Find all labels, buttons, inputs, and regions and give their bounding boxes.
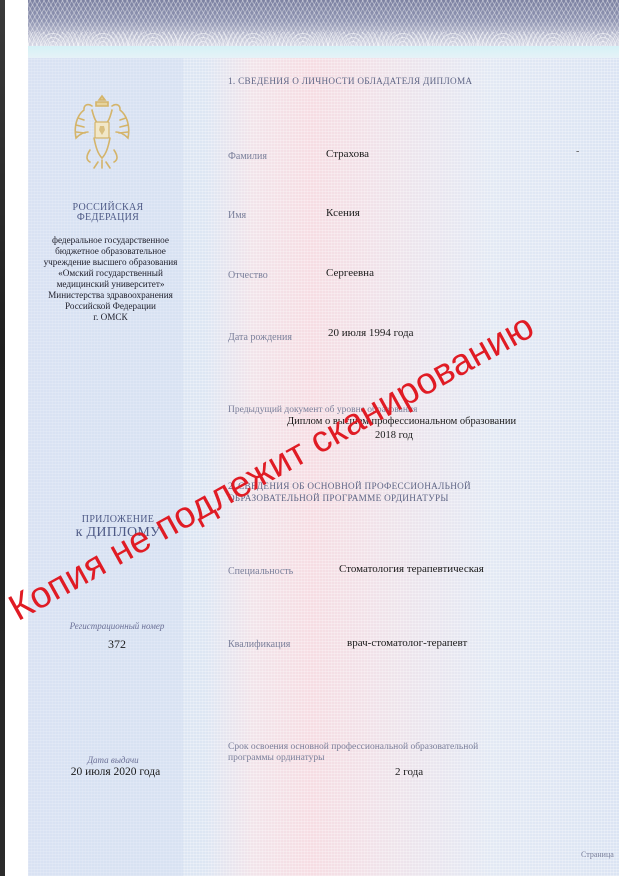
duration-label-line1: Срок освоения основной профессиональной … xyxy=(228,742,478,752)
scan-speck: - xyxy=(576,146,579,157)
institution-line: Министерства здравоохранения xyxy=(28,290,193,301)
institution-line: медицинский университет» xyxy=(28,279,193,290)
issue-date: 20 июля 2020 года xyxy=(58,766,173,778)
reg-number: 372 xyxy=(102,637,132,652)
reg-number-label: Регистрационный номер xyxy=(62,621,172,631)
surname-value: Страхова xyxy=(326,148,369,160)
qualification-label: Квалификация xyxy=(228,639,290,650)
birth-date-value: 20 июля 1994 года xyxy=(328,327,414,339)
left-panel-background xyxy=(28,58,183,876)
security-strip xyxy=(28,46,619,58)
name-label: Имя xyxy=(228,210,246,221)
birth-date-label: Дата рождения xyxy=(228,332,292,343)
patronymic-label: Отчество xyxy=(228,270,268,281)
duration-label-line2: программы ординатуры xyxy=(228,753,324,763)
patronymic-value: Сергеевна xyxy=(326,267,374,279)
institution-line: федеральное государственное xyxy=(28,235,193,246)
issue-date-label: Дата выдачи xyxy=(68,755,158,765)
section1-title: 1. СВЕДЕНИЯ О ЛИЧНОСТИ ОБЛАДАТЕЛЯ ДИПЛОМ… xyxy=(228,76,472,86)
institution-line: «Омский государственный xyxy=(28,268,193,279)
institution-line: бюджетное образовательное xyxy=(28,246,193,257)
institution-line: г. ОМСК xyxy=(28,312,193,323)
coat-of-arms-icon xyxy=(70,92,134,172)
prev-doc-year: 2018 год xyxy=(375,430,413,441)
country-name-line2: ФЕДЕРАЦИЯ xyxy=(58,212,158,223)
name-value: Ксения xyxy=(326,207,360,219)
duration-value: 2 года xyxy=(395,766,423,778)
specialty-label: Специальность xyxy=(228,566,293,577)
institution-line: учреждение высшего образования xyxy=(28,257,193,268)
institution-line: Российской Федерации xyxy=(28,301,193,312)
specialty-value: Стоматология терапевтическая xyxy=(339,563,484,575)
qualification-value: врач-стоматолог-терапевт xyxy=(347,637,467,649)
surname-label: Фамилия xyxy=(228,151,267,162)
guilloche-border xyxy=(28,0,619,46)
page-label: Страница xyxy=(581,850,614,859)
institution-block: федеральное государственное бюджетное об… xyxy=(28,235,193,323)
scanner-edge xyxy=(0,0,5,876)
